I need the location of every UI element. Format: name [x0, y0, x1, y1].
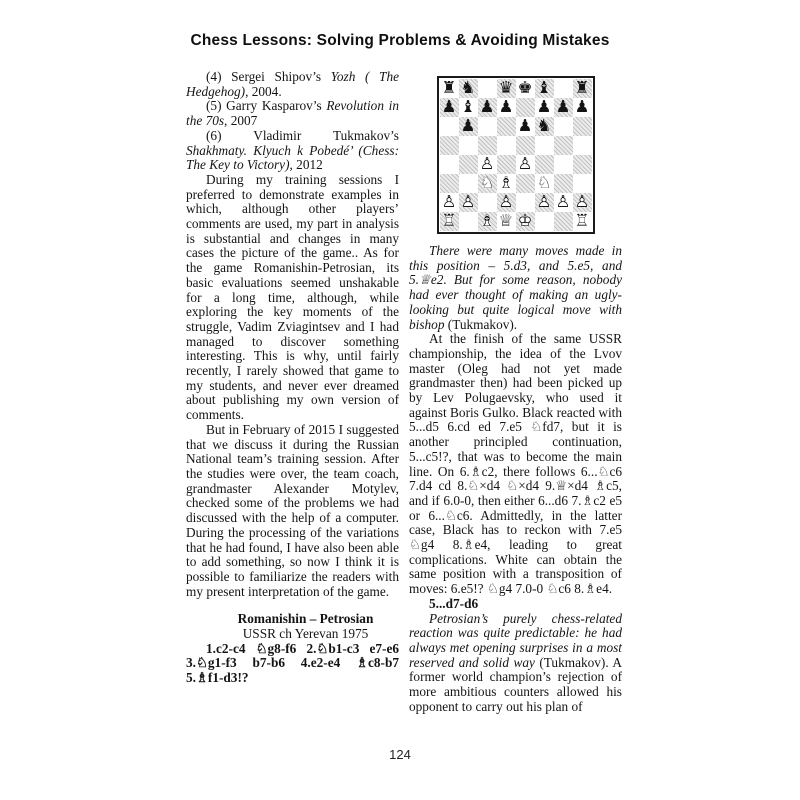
- black-piece-icon: ♟: [459, 117, 478, 136]
- white-piece-icon: ♔: [516, 212, 535, 231]
- board-square: ♟♙: [478, 155, 497, 174]
- board-square: ♟: [516, 117, 535, 136]
- white-piece-icon: ♙: [459, 193, 478, 212]
- board-square: [516, 136, 535, 155]
- board-square: ♝: [459, 98, 478, 117]
- board-square: [440, 136, 459, 155]
- board-square: ♟: [497, 98, 516, 117]
- board-square: [478, 136, 497, 155]
- board-square: ♝♗: [478, 212, 497, 231]
- text-run: , 2012: [290, 157, 323, 172]
- board-square: [516, 98, 535, 117]
- text-run: Romanishin – Petrosian: [238, 611, 374, 626]
- board-square: [478, 79, 497, 98]
- board-square: [535, 155, 554, 174]
- white-piece-icon: ♙: [497, 193, 516, 212]
- board-square: ♜♖: [440, 212, 459, 231]
- black-piece-icon: ♟: [478, 98, 497, 117]
- board-square: [497, 117, 516, 136]
- text-run: 5...d7-d6: [429, 596, 478, 611]
- board-square: ♟♙: [497, 193, 516, 212]
- board-square: ♝♗: [497, 174, 516, 193]
- board-square: [573, 155, 592, 174]
- white-piece-icon: ♗: [478, 212, 497, 231]
- black-piece-icon: ♞: [535, 117, 554, 136]
- board-square: ♟: [440, 98, 459, 117]
- text-run: But in February of 2015 I suggested that…: [186, 422, 399, 599]
- board-square: ♟: [478, 98, 497, 117]
- game-event: USSR ch Yerevan 1975: [186, 627, 399, 642]
- board-square: ♚♔: [516, 212, 535, 231]
- white-piece-icon: ♙: [554, 193, 573, 212]
- board-square: [440, 117, 459, 136]
- white-piece-icon: ♙: [573, 193, 592, 212]
- board-square: [554, 212, 573, 231]
- board-square: [554, 174, 573, 193]
- white-piece-icon: ♗: [497, 174, 516, 193]
- white-piece-icon: ♖: [440, 212, 459, 231]
- game-moves: 1.c2-c4 ♘g8-f6 2.♘b1-c3 e7-e6 3.♘g1-f3 b…: [186, 642, 399, 686]
- board-square: ♞: [459, 79, 478, 98]
- board-square: [573, 174, 592, 193]
- board-square: ♟♙: [440, 193, 459, 212]
- black-piece-icon: ♟: [535, 98, 554, 117]
- chess-diagram: ♜♞♛♚♝♜♟♝♟♟♟♟♟♟♟♞♟♙♟♙♞♘♝♗♞♘♟♙♟♙♟♙♟♙♟♙♟♙♜♖…: [437, 76, 595, 234]
- board-square: [554, 79, 573, 98]
- board-square: [440, 174, 459, 193]
- board-square: ♚: [516, 79, 535, 98]
- black-piece-icon: ♜: [440, 79, 459, 98]
- text-run: At the finish of the same USSR champions…: [409, 331, 622, 596]
- board-square: ♟♙: [573, 193, 592, 212]
- board-square: [478, 117, 497, 136]
- black-piece-icon: ♟: [440, 98, 459, 117]
- bibliography-item-5: (5) Garry Kasparov’s Revolution in the 7…: [186, 99, 399, 128]
- text-run: , 2004.: [245, 84, 282, 99]
- board-square: [459, 136, 478, 155]
- white-piece-icon: ♘: [478, 174, 497, 193]
- black-piece-icon: ♜: [573, 79, 592, 98]
- text-run: 1.c2-c4 ♘g8-f6 2.♘b1-c3 e7-e6 3.♘g1-f3 b…: [186, 641, 399, 685]
- board-square: ♞: [535, 117, 554, 136]
- board-square: [440, 155, 459, 174]
- black-piece-icon: ♚: [516, 79, 535, 98]
- board-square: ♞♘: [535, 174, 554, 193]
- text-run: (6) Vladimir Tukmakov’s: [206, 128, 399, 143]
- white-piece-icon: ♙: [440, 193, 459, 212]
- body-paragraph: During my training sessions I preferred …: [186, 173, 399, 423]
- bibliography-item-4: (4) Sergei Shipov’s Yozh ( The Hedgehog)…: [186, 70, 399, 99]
- black-piece-icon: ♟: [497, 98, 516, 117]
- board-square: ♞♘: [478, 174, 497, 193]
- board-square: ♟♙: [535, 193, 554, 212]
- text-run: USSR ch Yerevan 1975: [243, 626, 369, 641]
- board-square: [497, 136, 516, 155]
- bibliography-item-6: (6) Vladimir Tukmakov’s Shakhmaty. Klyuc…: [186, 129, 399, 173]
- board-square: ♛♕: [497, 212, 516, 231]
- commentary-paragraph: Petrosian’s purely chess-related reactio…: [409, 612, 622, 715]
- white-piece-icon: ♕: [497, 212, 516, 231]
- board-square: ♜♖: [573, 212, 592, 231]
- chess-board: ♜♞♛♚♝♜♟♝♟♟♟♟♟♟♟♞♟♙♟♙♞♘♝♗♞♘♟♙♟♙♟♙♟♙♟♙♟♙♜♖…: [440, 79, 592, 231]
- board-square: ♝: [535, 79, 554, 98]
- black-piece-icon: ♞: [459, 79, 478, 98]
- game-title: Romanishin – Petrosian: [186, 612, 399, 627]
- board-square: ♟♙: [459, 193, 478, 212]
- two-column-content: (4) Sergei Shipov’s Yozh ( The Hedgehog)…: [186, 70, 622, 715]
- board-square: ♟♙: [516, 155, 535, 174]
- black-piece-icon: ♛: [497, 79, 516, 98]
- black-piece-icon: ♟: [554, 98, 573, 117]
- white-piece-icon: ♙: [535, 193, 554, 212]
- board-square: ♛: [497, 79, 516, 98]
- game-moves: 5...d7-d6: [409, 597, 622, 612]
- black-piece-icon: ♟: [573, 98, 592, 117]
- body-paragraph: But in February of 2015 I suggested that…: [186, 423, 399, 599]
- board-square: ♟♙: [554, 193, 573, 212]
- board-square: ♟: [535, 98, 554, 117]
- text-run: (Tukmakov).: [444, 317, 517, 332]
- text-run: , 2007: [224, 113, 257, 128]
- board-square: ♜: [440, 79, 459, 98]
- right-column: ♜♞♛♚♝♜♟♝♟♟♟♟♟♟♟♞♟♙♟♙♞♘♝♗♞♘♟♙♟♙♟♙♟♙♟♙♟♙♜♖…: [409, 70, 622, 715]
- board-square: ♟: [554, 98, 573, 117]
- board-square: [554, 136, 573, 155]
- body-paragraph: At the finish of the same USSR champions…: [409, 332, 622, 597]
- board-square: [478, 193, 497, 212]
- board-square: [459, 174, 478, 193]
- board-square: [497, 155, 516, 174]
- page-header: Chess Lessons: Solving Problems & Avoidi…: [0, 32, 800, 50]
- board-square: [516, 174, 535, 193]
- board-square: [459, 212, 478, 231]
- black-piece-icon: ♝: [535, 79, 554, 98]
- text-run: (4) Sergei Shipov’s: [206, 69, 331, 84]
- white-piece-icon: ♙: [478, 155, 497, 174]
- board-square: [573, 136, 592, 155]
- white-piece-icon: ♙: [516, 155, 535, 174]
- black-piece-icon: ♟: [516, 117, 535, 136]
- text-run: During my training sessions I preferred …: [186, 172, 399, 422]
- board-square: [516, 193, 535, 212]
- black-piece-icon: ♝: [459, 98, 478, 117]
- board-square: [573, 117, 592, 136]
- commentary-paragraph: There were many moves made in this posit…: [409, 244, 622, 332]
- board-square: ♟: [573, 98, 592, 117]
- page-number: 124: [0, 747, 800, 762]
- white-piece-icon: ♘: [535, 174, 554, 193]
- book-page: Chess Lessons: Solving Problems & Avoidi…: [0, 0, 800, 800]
- board-square: ♜: [573, 79, 592, 98]
- board-square: ♟: [459, 117, 478, 136]
- board-square: [554, 117, 573, 136]
- text-run: (5) Garry Kasparov’s: [206, 98, 326, 113]
- white-piece-icon: ♖: [573, 212, 592, 231]
- board-square: [459, 155, 478, 174]
- board-square: [554, 155, 573, 174]
- board-square: [535, 136, 554, 155]
- board-square: [535, 212, 554, 231]
- left-column: (4) Sergei Shipov’s Yozh ( The Hedgehog)…: [186, 70, 399, 715]
